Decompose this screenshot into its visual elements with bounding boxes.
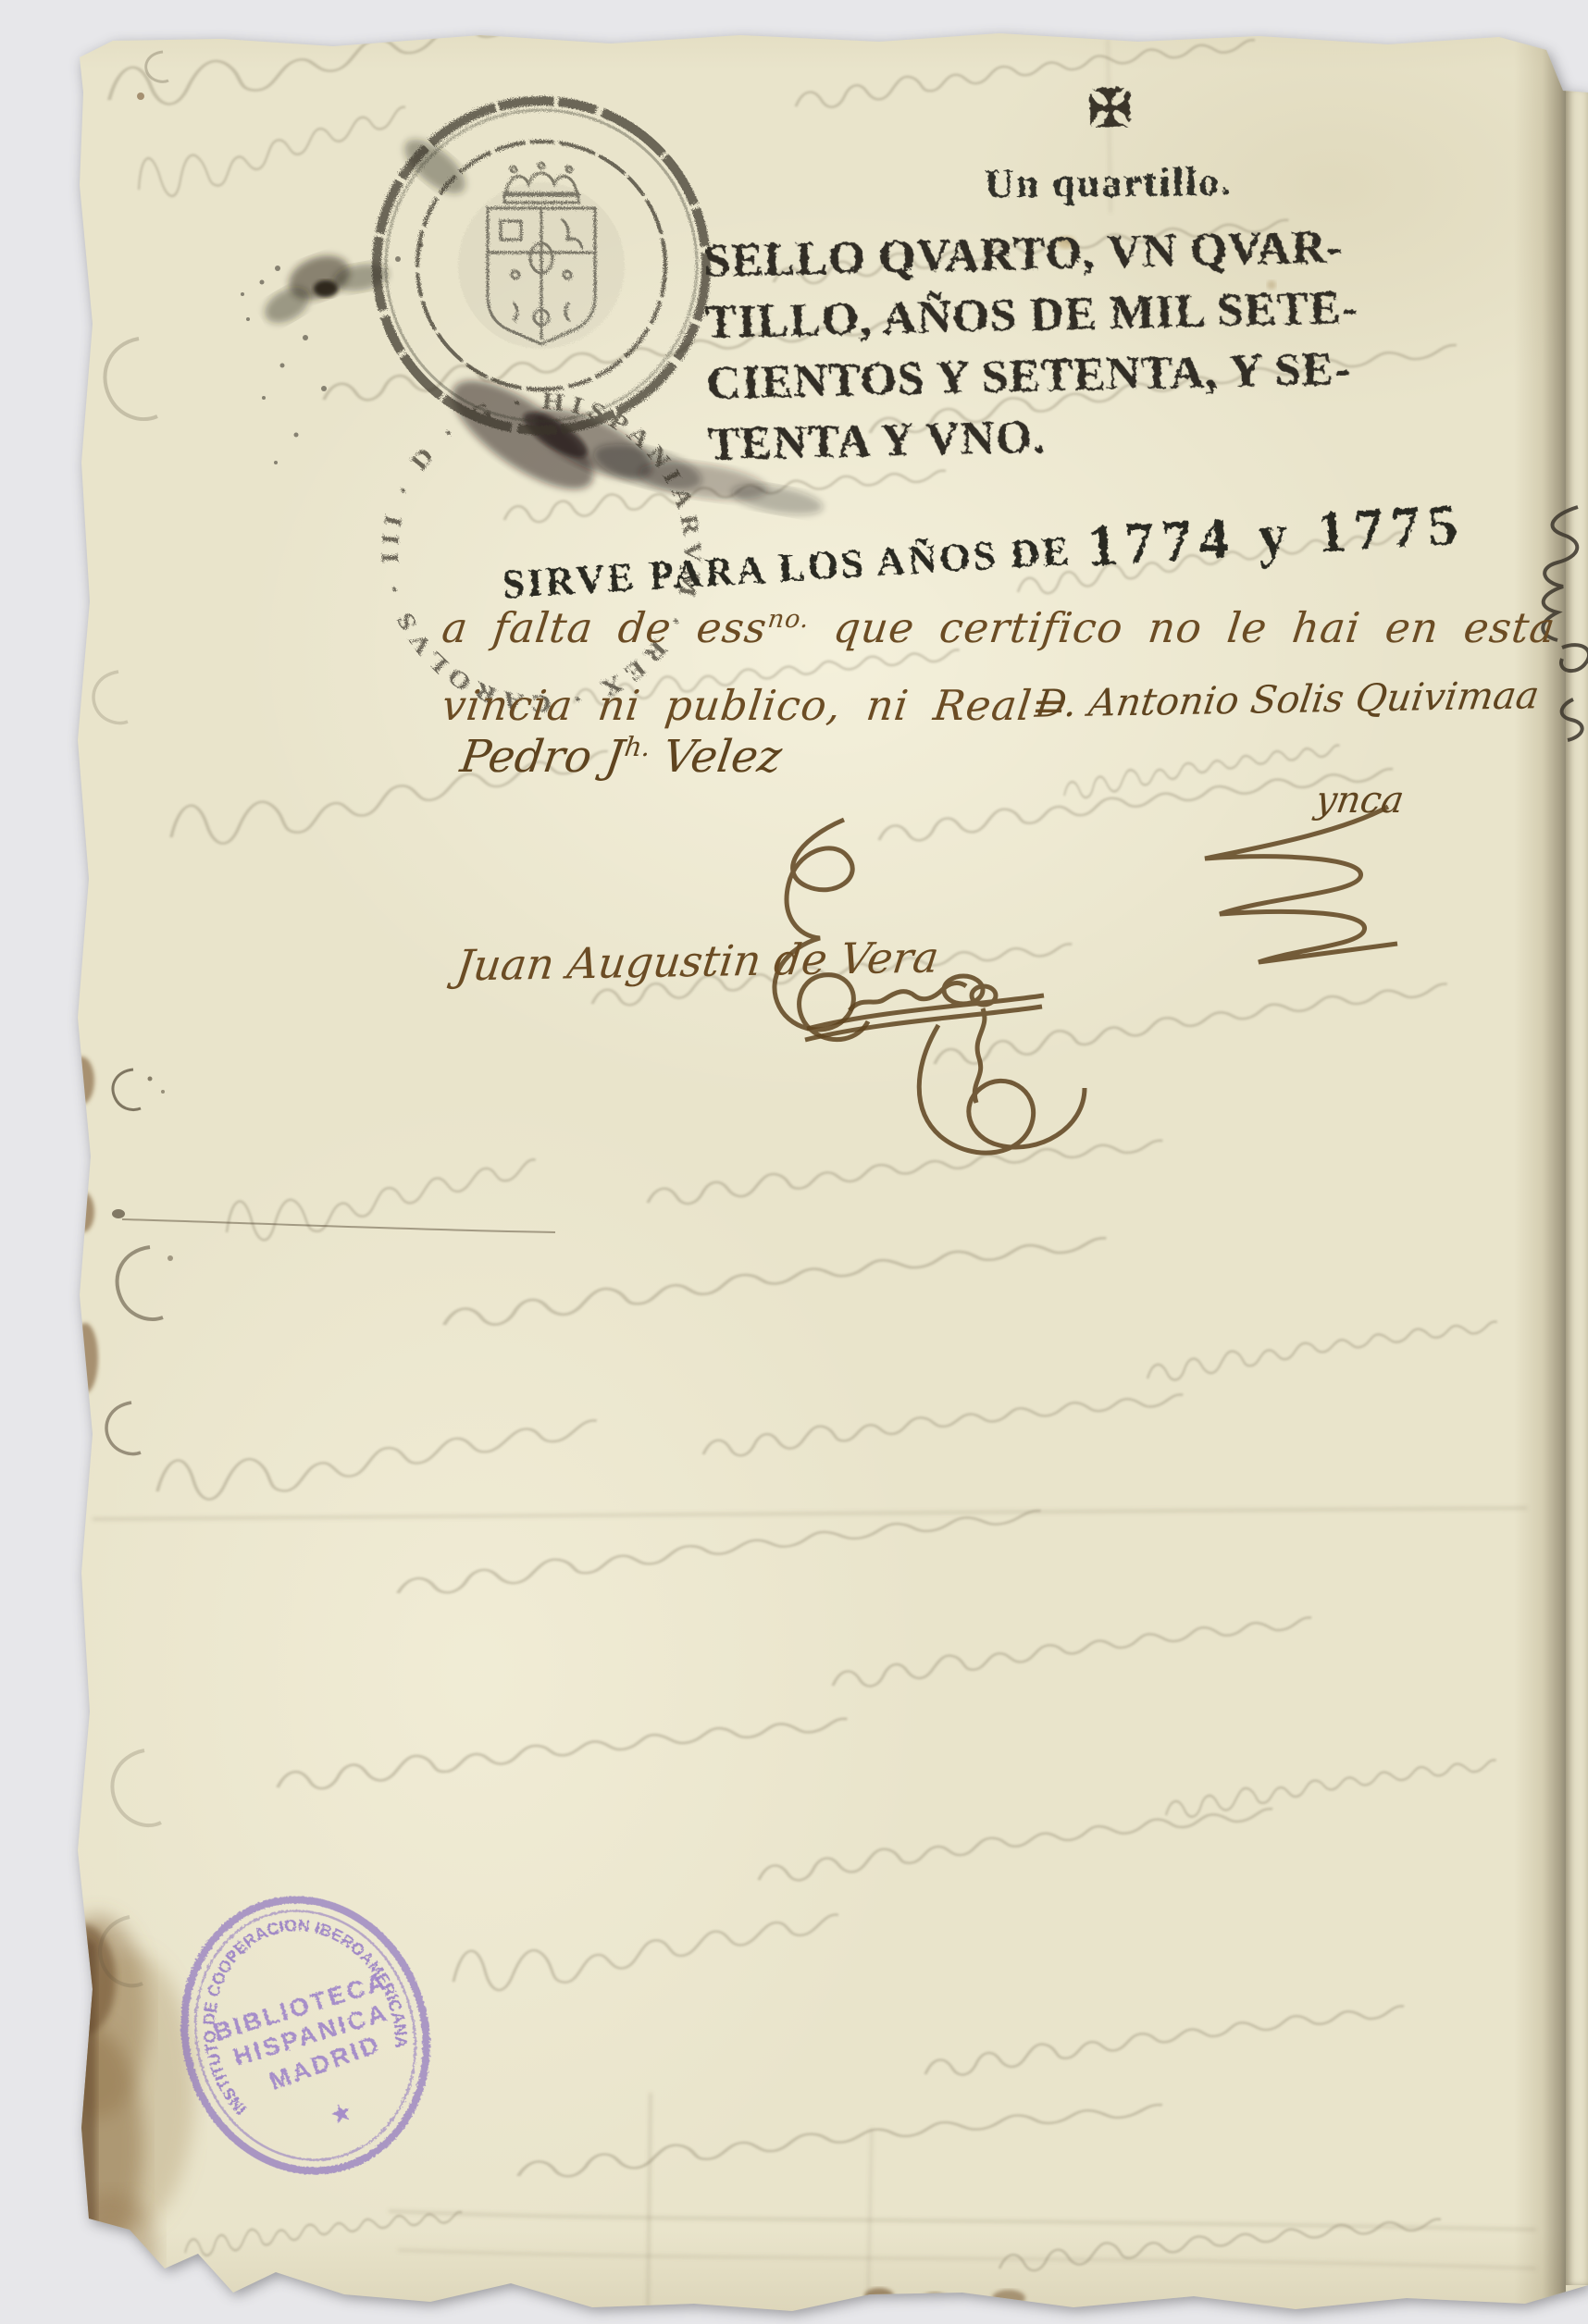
denomination-text: Un quartillo. — [985, 158, 1234, 208]
signature-antonio-solis: D. Antonio Solis Quivimaa — [1033, 673, 1542, 725]
manuscript-line1-superscript: no. — [766, 605, 812, 634]
signature-juan-augustin: Juan Augustin de Vera — [453, 932, 941, 990]
library-stamp: INSTITUTO DE COOPERACION IBEROAMERICANA … — [167, 1883, 444, 2188]
rubric-antonio — [1205, 807, 1397, 962]
rubric-juan — [805, 976, 1085, 1153]
manuscript-line-1: a falta de essno. que certifico no le ha… — [440, 603, 1558, 652]
signature-pedro-text: Pedro J — [457, 731, 627, 783]
manuscript-line1-text: a falta de ess — [440, 603, 770, 652]
royal-seal: HISPANIARVM · REX · CAROLVS · III · D · … — [361, 85, 722, 446]
manuscript-line-2: vincia ni publico, ni Real= — [440, 681, 1071, 730]
scanned-document: HISPANIARVM · REX · CAROLVS · III · D · … — [0, 0, 1588, 2324]
library-stamp-star-icon: ★ — [328, 2099, 354, 2129]
page-shadow-wrap: HISPANIARVM · REX · CAROLVS · III · D · … — [0, 0, 1588, 2324]
sello-printed-block: SELLO QVARTO, VN QVAR- TILLO, AÑOS DE MI… — [703, 216, 1361, 476]
paper-sheet: HISPANIARVM · REX · CAROLVS · III · D · … — [0, 0, 1588, 2324]
cross-ornament-icon: ✠ — [1087, 79, 1133, 141]
signature-antonio-second-line: ynca — [1312, 779, 1407, 822]
signature-pedro-velez: Pedro Jh. Velez — [457, 731, 785, 783]
edge-stains — [68, 1057, 98, 1393]
signature-pedro-rest: Velez — [645, 731, 785, 783]
manuscript-line1-rest: que certifico no le hai en esta — [805, 603, 1558, 652]
